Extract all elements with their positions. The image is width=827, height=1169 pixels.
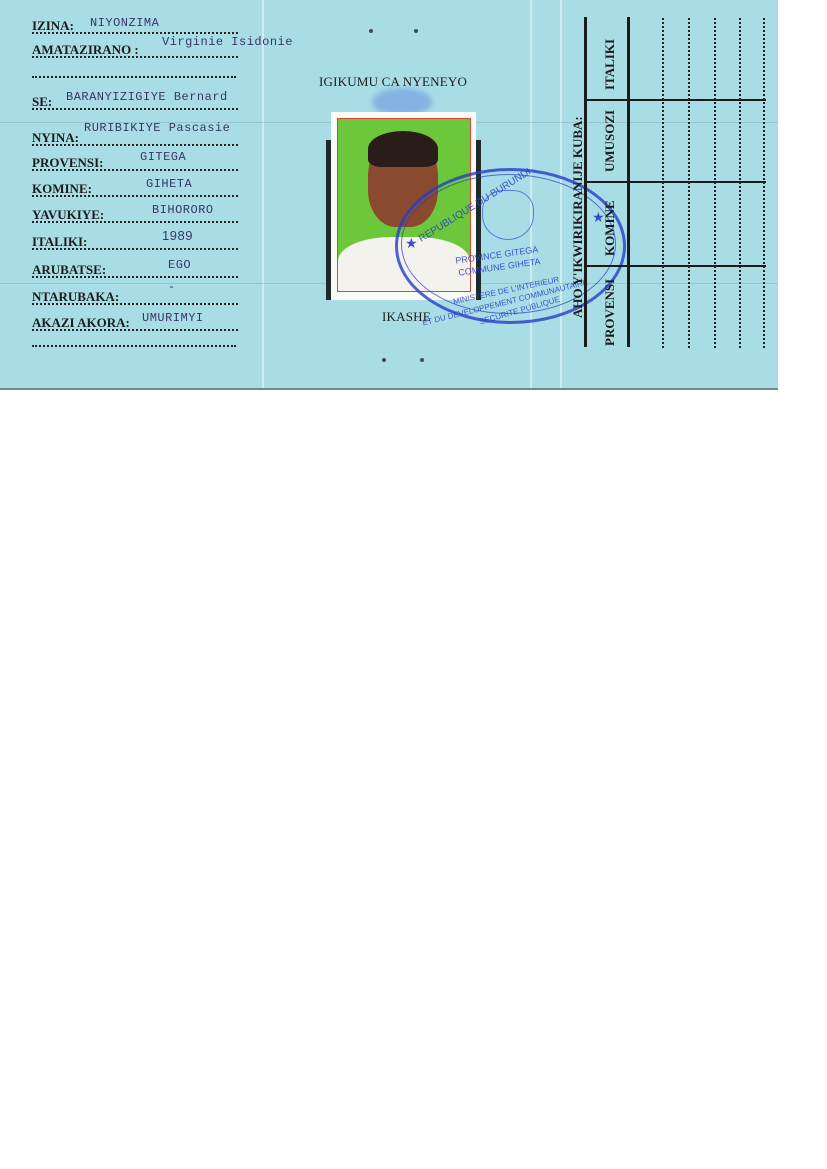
field-akazi-akora: AKAZI AKORA: xyxy=(32,315,238,333)
field-label: AKAZI AKORA: xyxy=(32,315,130,330)
entry-line xyxy=(739,18,741,348)
field-provensi: PROVENSI: xyxy=(32,155,238,173)
field-label: ITALIKI: xyxy=(32,234,87,249)
entry-line xyxy=(714,18,716,348)
punch-hole xyxy=(369,29,373,33)
field-value-izina: NIYONZIMA xyxy=(90,16,159,30)
field-label: KOMINE: xyxy=(32,181,92,196)
identity-card: IZINA: NIYONZIMA AMATAZIRANO : Virginie … xyxy=(0,0,778,388)
field-value-komine: GIHETA xyxy=(146,177,192,191)
entry-line xyxy=(763,18,765,348)
field-value-italiki: 1989 xyxy=(162,228,193,243)
column-header-provensi: PROVENSI xyxy=(602,279,618,346)
field-label: NYINA: xyxy=(32,130,79,145)
punch-hole xyxy=(382,358,386,362)
punch-hole xyxy=(420,358,424,362)
field-label: YAVUKIYE: xyxy=(32,207,104,222)
field-italiki: ITALIKI: xyxy=(32,234,238,252)
fold-line xyxy=(262,0,264,388)
field-komine: KOMINE: xyxy=(32,181,238,199)
entry-line xyxy=(662,18,664,348)
field-value-arubatse: EGO xyxy=(168,258,191,272)
field-label: IZINA: xyxy=(32,18,74,33)
field-label: AMATAZIRANO : xyxy=(32,42,139,57)
field-value-akazi-akora: UMURIMYI xyxy=(142,311,204,325)
punch-hole xyxy=(414,29,418,33)
field-label: PROVENSI: xyxy=(32,155,104,170)
field-arubatse: ARUBATSE: xyxy=(32,262,238,280)
field-value-yavukiye: BIHORORO xyxy=(152,203,214,217)
blank-line xyxy=(32,76,236,78)
field-value-provensi: GITEGA xyxy=(140,150,186,164)
field-value-nyina: RURIBIKIYE Pascasie xyxy=(84,121,230,135)
column-header-umusozi: UMUSOZI xyxy=(602,110,618,172)
field-value-ntarubaka: - xyxy=(168,280,176,294)
field-label: ARUBATSE: xyxy=(32,262,106,277)
field-value-se: BARANYIZIGIYE Bernard xyxy=(66,90,228,104)
field-value-amatazirano: Virginie Isidonie xyxy=(162,35,293,49)
blank-line xyxy=(32,345,236,347)
column-header-komine: KOMINE xyxy=(602,200,618,256)
field-label: SE: xyxy=(32,94,52,109)
field-ntarubaka: NTARUBAKA: xyxy=(32,289,238,307)
entry-line xyxy=(688,18,690,348)
field-label: NTARUBAKA: xyxy=(32,289,119,304)
star-icon: ★ xyxy=(405,236,418,253)
column-header-italiki: ITALIKI xyxy=(602,39,618,90)
